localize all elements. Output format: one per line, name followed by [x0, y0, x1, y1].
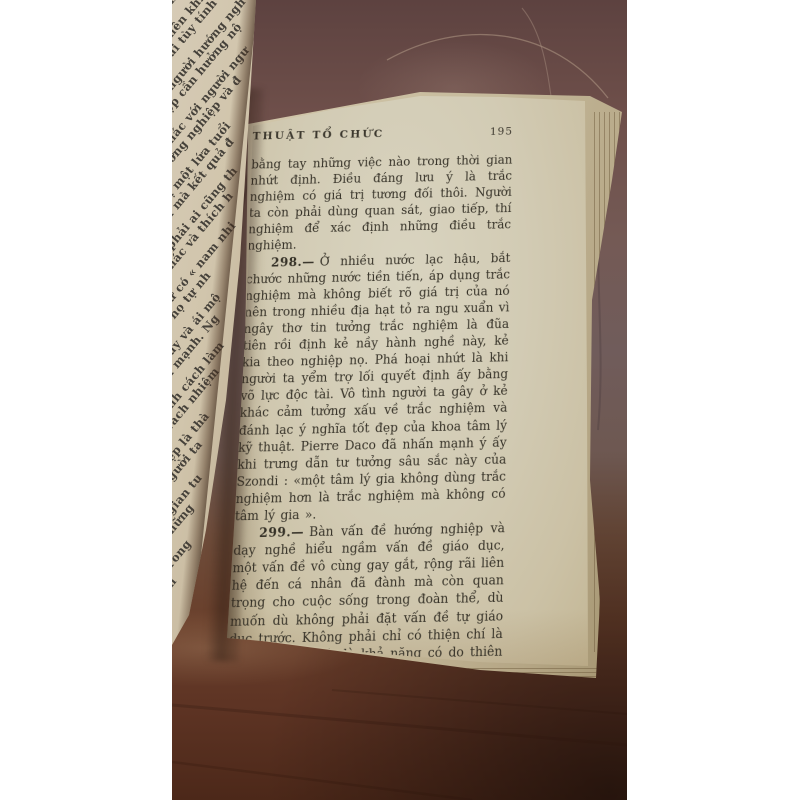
paragraph-number: 298.— [271, 254, 315, 269]
paragraph-number: 299.— [259, 524, 304, 540]
grain-streak [172, 762, 472, 800]
scratch-strand [387, 34, 608, 98]
page-header: THUẬT TỔ CHỨC 195 [252, 126, 513, 143]
paragraph-text: bằng tay những việc nào trong thời gian … [247, 152, 512, 253]
grain-streak [172, 705, 627, 745]
book-photo: THUẬT TỔ CHỨC 195 bằng tay những việc nà… [172, 0, 627, 800]
running-title: THUẬT TỔ CHỨC [252, 128, 384, 143]
curled-text-line: ân [172, 574, 179, 596]
paragraph-continuation: bằng tay những việc nào trong thời gian … [247, 151, 512, 254]
paragraph-298: 298.—Ở nhiều nước lạc hậu, bắt chước nhữ… [235, 249, 511, 524]
book-right-page: THUẬT TỔ CHỨC 195 bằng tay những việc nà… [227, 92, 595, 674]
page-number: 195 [490, 126, 513, 138]
screenshot-canvas: THUẬT TỔ CHỨC 195 bằng tay những việc nà… [0, 0, 800, 800]
paragraph-text: Ở nhiều nước lạc hậu, bắt chước những nư… [235, 250, 511, 523]
page-content: THUẬT TỔ CHỨC 195 bằng tay những việc nà… [227, 126, 513, 684]
grain-streak [332, 690, 627, 714]
